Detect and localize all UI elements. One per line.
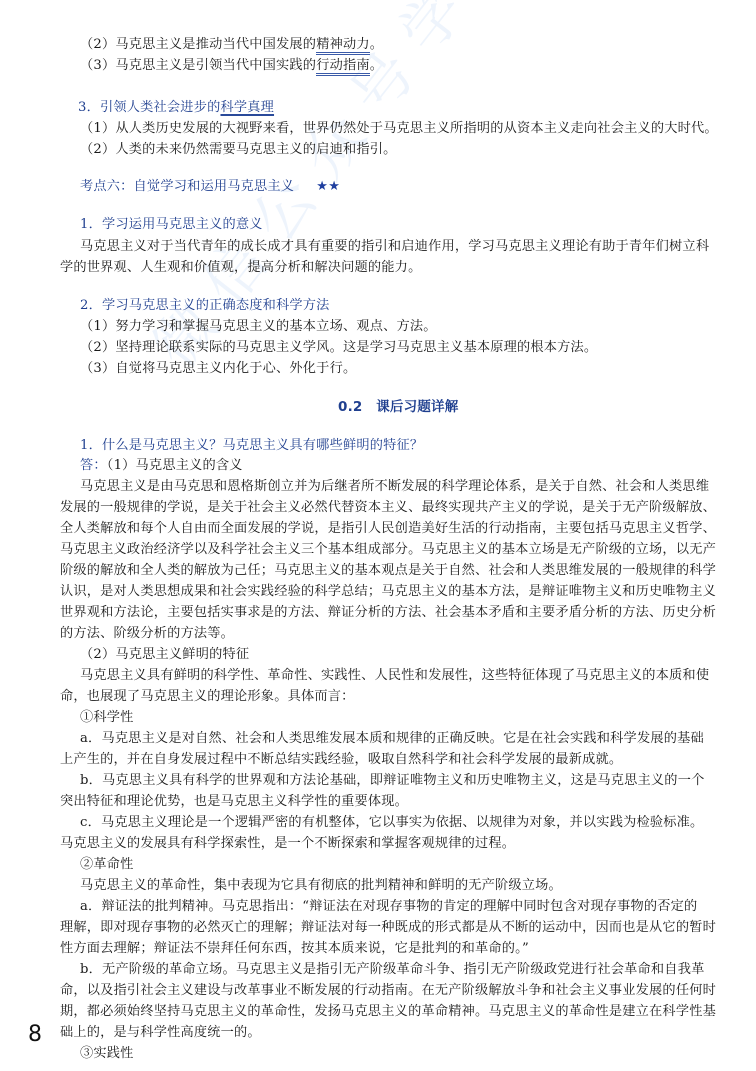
paragraph-line: 命，也展现了马克思主义的理论形象。具体而言：	[60, 687, 355, 707]
list-item: （3）自觉将马克思主义内化于心、外化于行。	[80, 359, 356, 379]
question-title: 1．什么是马克思主义？马克思主义具有哪些鲜明的特征？	[80, 436, 423, 456]
paragraph-line: 理解，即对现存事物的必然灭亡的理解；辩证法对每一种既成的形式都是从不断的运动中，…	[60, 918, 716, 938]
paragraph-line: 马克思主义的发展具有科学探索性，是一个不断探索和掌握客观规律的过程。	[60, 834, 515, 854]
section-title: 0.2 课后习题详解	[338, 397, 458, 417]
paragraph-line: a．马克思主义是对自然、社会和人类思维发展本质和规律的正确反映。它是在社会实践和…	[80, 729, 704, 749]
subheading-1: 1．学习运用马克思主义的意义	[80, 215, 263, 235]
paragraph-line: 突出特征和理论优势，也是马克思主义科学性的重要体现。	[60, 792, 408, 812]
paragraph-line: a．辩证法的批判精神。马克思指出：“辩证法在对现存事物的肯定的理解中同时包含对现…	[80, 897, 697, 917]
key-term: 行动指南	[316, 58, 370, 76]
paragraph-line: 认识，是对人类思想成果和社会实践经验的科学总结；马克思主义的基本方法，是辩证唯物…	[60, 582, 716, 602]
paragraph-line: 马克思主义政治经济学以及科学社会主义三个基本组成部分。马克思主义的基本立场是无产…	[60, 540, 716, 560]
subheading-2: 2．学习马克思主义的正确态度和科学方法	[80, 296, 330, 316]
paragraph-line: 的方法、阶级分析的方法等。	[60, 624, 234, 644]
list-item: （1）从人类历史发展的大视野来看，世界仍然处于马克思主义所指明的从资本主义走向社…	[80, 119, 718, 139]
paragraph-line: b．无产阶级的革命立场。马克思主义是指引无产阶级革命斗争、指引无产阶级政党进行社…	[80, 960, 704, 980]
paragraph-line: 发展的一般规律的学说，是关于社会主义必然代替资本主义、最终实现共产主义的学说，是…	[60, 498, 716, 518]
key-term: 科学真理	[220, 100, 274, 115]
paragraph-line: 世界观和方法论，主要包括实事求是的方法、辩证分析的方法、社会基本矛盾和主要矛盾分…	[60, 603, 716, 623]
star-rating-icon: ★★	[316, 179, 340, 194]
paragraph-line: 马克思主义的革命性，集中表现为它具有彻底的批判精神和鲜明的无产阶级立场。	[80, 876, 562, 896]
paragraph-line: 马克思主义是由马克思和恩格斯创立并为后继者所不断发展的科学理论体系，是关于自然、…	[80, 477, 709, 497]
paragraph-line: 命，以及指引社会主义建设与改革事业不断发展的行动指南。在无产阶级解放斗争和社会主…	[60, 981, 716, 1001]
paragraph-line: 础上的，是与科学性高度统一的。	[60, 1023, 261, 1043]
list-item: （1）努力学习和掌握马克思主义的基本立场、观点、方法。	[80, 317, 437, 337]
subhead: ③实践性	[80, 1044, 134, 1064]
paragraph-line: 性方面去理解；辩证法不崇拜任何东西，按其本质来说，它是批判的和革命的。”	[60, 939, 529, 959]
paragraph-line: 阶级的解放和全人类的解放为己任；马克思主义的基本观点是关于自然、社会和人类思维发…	[60, 561, 716, 581]
paragraph-line: 全人类解放和每个人自由而全面发展的学说，是指引人民创造美好生活的行动指南，主要包…	[60, 519, 716, 539]
document-page: 微信公众号学习小程序 （2）马克思主义是推动当代中国发展的精神动力。 （3）马克…	[0, 0, 756, 1071]
list-item: （2）人类的未来仍然需要马克思主义的启迪和指引。	[80, 140, 397, 160]
subhead: （2）马克思主义鲜明的特征	[80, 645, 249, 665]
paragraph-line: 马克思主义对于当代青年的成长成才具有重要的指引和启迪作用，学习马克思主义理论有助…	[80, 237, 709, 257]
subhead: ①科学性	[80, 708, 134, 728]
paragraph-line: b．马克思主义具有科学的世界观和方法论基础，即辩证唯物主义和历史唯物主义，这是马…	[80, 771, 704, 791]
paragraph-line: 上产生的，并在自身发展过程中不断总结实践经验，吸取自然科学和社会科学发展的最新成…	[60, 750, 622, 770]
paragraph-line: 学的世界观、人生观和价值观，提高分析和解决问题的能力。	[60, 258, 421, 278]
paragraph-line: 期，都必须始终坚持马克思主义的革命性，发扬马克思主义的革命精神。马克思主义的革命…	[60, 1002, 716, 1022]
exam-point-heading: 考点六：自觉学习和运用马克思主义★★	[80, 177, 340, 197]
page-number: 8	[28, 1022, 42, 1047]
paragraph-line: 马克思主义具有鲜明的科学性、革命性、实践性、人民性和发展性，这些特征体现了马克思…	[80, 666, 709, 686]
key-term: 精神动力	[316, 37, 370, 55]
answer-label: 答：	[80, 458, 107, 473]
list-item: （3）马克思主义是引领当代中国实践的行动指南。	[80, 56, 383, 76]
heading-3: 3．引领人类社会进步的科学真理	[78, 98, 274, 118]
list-item: （2）马克思主义是推动当代中国发展的精神动力。	[80, 35, 383, 55]
list-item: （2）坚持理论联系实际的马克思主义学风。这是学习马克思主义基本原理的根本方法。	[80, 338, 597, 358]
subhead: ②革命性	[80, 855, 134, 875]
paragraph-line: c．马克思主义理论是一个逻辑严密的有机整体，它以事实为依据、以规律为对象，并以实…	[80, 813, 703, 833]
answer-head: 答：（1）马克思主义的含义	[80, 456, 243, 476]
